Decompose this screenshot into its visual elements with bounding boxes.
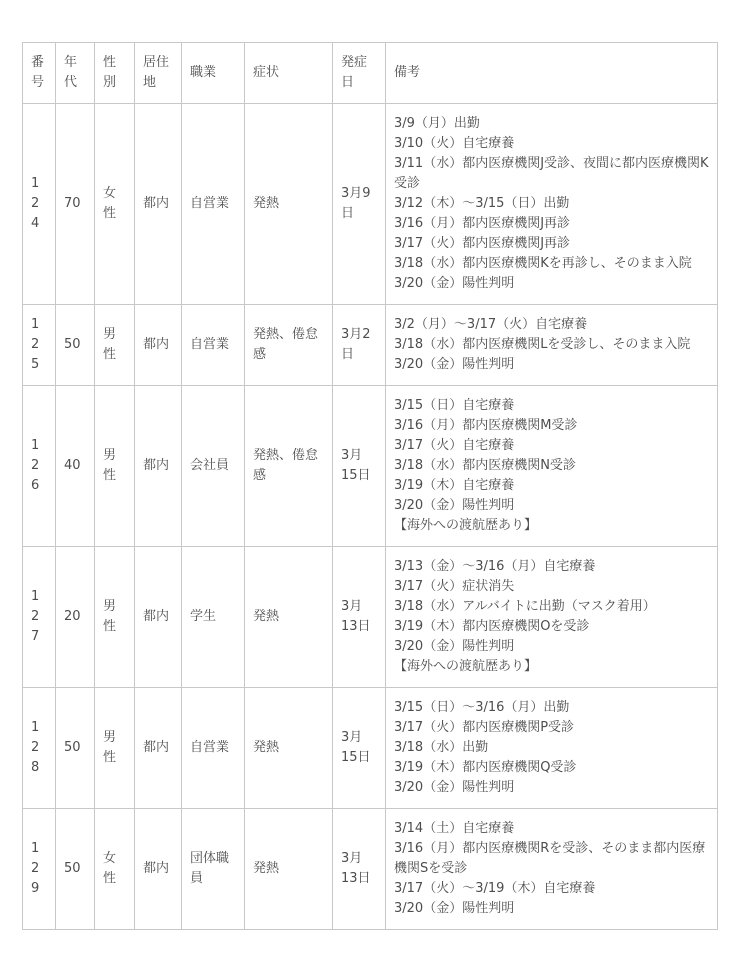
cell-residence: 都内 <box>135 305 182 386</box>
cell-number: 128 <box>23 688 56 809</box>
cell-remarks: 3/14（土）自宅療養 3/16（月）都内医療機関Rを受診、そのまま都内医療機関… <box>386 809 718 930</box>
cell-symptoms: 発熱 <box>245 688 333 809</box>
cell-onset-date: 3月15日 <box>333 386 386 547</box>
page: 番号 年代 性別 居住地 職業 症状 発症日 備考 124 70 女性 都内 自… <box>0 0 740 970</box>
cell-occupation: 学生 <box>182 547 245 688</box>
cell-number: 124 <box>23 104 56 305</box>
cell-number: 127 <box>23 547 56 688</box>
cell-number: 126 <box>23 386 56 547</box>
cell-symptoms: 発熱 <box>245 104 333 305</box>
case-row-126: 126 40 男性 都内 会社員 発熱、倦怠感 3月15日 3/15（日）自宅療… <box>23 386 718 547</box>
header-remarks: 備考 <box>386 43 718 104</box>
cell-occupation: 会社員 <box>182 386 245 547</box>
cell-residence: 都内 <box>135 809 182 930</box>
cell-age: 50 <box>56 305 95 386</box>
cell-residence: 都内 <box>135 386 182 547</box>
cell-residence: 都内 <box>135 688 182 809</box>
case-row-128: 128 50 男性 都内 自営業 発熱 3月15日 3/15（日）～3/16（月… <box>23 688 718 809</box>
case-report-table: 番号 年代 性別 居住地 職業 症状 発症日 備考 124 70 女性 都内 自… <box>22 42 718 930</box>
cell-symptoms: 発熱 <box>245 809 333 930</box>
cell-gender: 男性 <box>95 547 135 688</box>
header-residence: 居住地 <box>135 43 182 104</box>
cell-age: 40 <box>56 386 95 547</box>
cell-onset-date: 3月13日 <box>333 547 386 688</box>
header-gender: 性別 <box>95 43 135 104</box>
cell-age: 20 <box>56 547 95 688</box>
cell-residence: 都内 <box>135 104 182 305</box>
cell-gender: 男性 <box>95 688 135 809</box>
header-symptoms: 症状 <box>245 43 333 104</box>
cell-occupation: 自営業 <box>182 688 245 809</box>
cell-remarks: 3/13（金）～3/16（月）自宅療養 3/17（火）症状消失 3/18（水）ア… <box>386 547 718 688</box>
cell-remarks: 3/2（月）～3/17（火）自宅療養 3/18（水）都内医療機関Lを受診し、その… <box>386 305 718 386</box>
cell-onset-date: 3月2日 <box>333 305 386 386</box>
cell-gender: 女性 <box>95 104 135 305</box>
cell-number: 129 <box>23 809 56 930</box>
cell-onset-date: 3月13日 <box>333 809 386 930</box>
header-occupation: 職業 <box>182 43 245 104</box>
cell-gender: 女性 <box>95 809 135 930</box>
cell-gender: 男性 <box>95 305 135 386</box>
cell-symptoms: 発熱、倦怠感 <box>245 305 333 386</box>
cell-occupation: 団体職員 <box>182 809 245 930</box>
cell-onset-date: 3月9日 <box>333 104 386 305</box>
case-row-129: 129 50 女性 都内 団体職員 発熱 3月13日 3/14（土）自宅療養 3… <box>23 809 718 930</box>
case-row-124: 124 70 女性 都内 自営業 発熱 3月9日 3/9（月）出勤 3/10（火… <box>23 104 718 305</box>
cell-gender: 男性 <box>95 386 135 547</box>
header-onset-date: 発症日 <box>333 43 386 104</box>
cell-onset-date: 3月15日 <box>333 688 386 809</box>
cell-age: 70 <box>56 104 95 305</box>
cell-symptoms: 発熱、倦怠感 <box>245 386 333 547</box>
cell-remarks: 3/15（日）自宅療養 3/16（月）都内医療機関M受診 3/17（火）自宅療養… <box>386 386 718 547</box>
case-row-127: 127 20 男性 都内 学生 発熱 3月13日 3/13（金）～3/16（月）… <box>23 547 718 688</box>
cell-residence: 都内 <box>135 547 182 688</box>
cell-age: 50 <box>56 809 95 930</box>
cell-symptoms: 発熱 <box>245 547 333 688</box>
cell-remarks: 3/15（日）～3/16（月）出勤 3/17（火）都内医療機関P受診 3/18（… <box>386 688 718 809</box>
cell-occupation: 自営業 <box>182 305 245 386</box>
header-row: 番号 年代 性別 居住地 職業 症状 発症日 備考 <box>23 43 718 104</box>
cell-occupation: 自営業 <box>182 104 245 305</box>
header-number: 番号 <box>23 43 56 104</box>
cell-remarks: 3/9（月）出勤 3/10（火）自宅療養 3/11（水）都内医療機関J受診、夜間… <box>386 104 718 305</box>
case-row-125: 125 50 男性 都内 自営業 発熱、倦怠感 3月2日 3/2（月）～3/17… <box>23 305 718 386</box>
cell-number: 125 <box>23 305 56 386</box>
header-age: 年代 <box>56 43 95 104</box>
cell-age: 50 <box>56 688 95 809</box>
